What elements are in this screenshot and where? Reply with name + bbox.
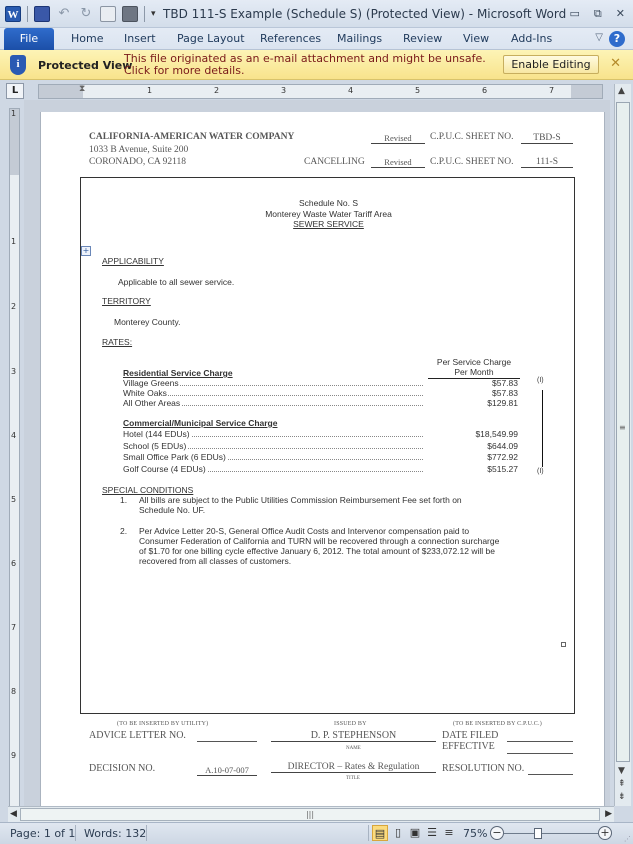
scroll-left-icon[interactable]: ◀ [10, 809, 17, 819]
rate-row: Golf Course (4 EDUs)$515.27 [123, 464, 518, 474]
rate-label: School (5 EDUs) [123, 441, 187, 451]
date-filed-label: DATE FILED [442, 730, 498, 741]
commercial-heading: Commercial/Municipal Service Charge [123, 418, 277, 428]
print-preview-icon[interactable] [122, 6, 138, 22]
rate-column-header-1: Per Service Charge [428, 357, 520, 367]
protected-view-bar: i Protected View This file originated as… [0, 50, 633, 80]
zoom-in-icon[interactable]: + [598, 826, 612, 840]
status-bar: Page: 1 of 1 Words: 132 ▤ ▯ ▣ ☰ ≡ 75% − … [0, 822, 633, 844]
resolution-no-label: RESOLUTION NO. [442, 763, 524, 774]
vertical-ruler[interactable]: 1 1 2 3 4 5 6 7 8 9 [9, 108, 20, 808]
revised-label-2: Revised [371, 157, 425, 168]
resize-grip-icon[interactable]: ⋰ [624, 835, 631, 843]
issued-by-label: ISSUED BY [334, 721, 367, 727]
territory-heading: TERRITORY [102, 296, 151, 306]
rate-value: $18,549.99 [475, 429, 518, 439]
rate-value: $515.27 [487, 464, 518, 474]
protected-view-label: Protected View [38, 59, 132, 72]
effective-label: EFFECTIVE [442, 741, 495, 752]
word-count[interactable]: Words: 132 [84, 827, 146, 840]
tab-home[interactable]: Home [71, 32, 103, 45]
issuer-name: D. P. STEPHENSON [271, 730, 436, 742]
title-bar: W ↶ ↻ ▾ TBD 111-S Example (Schedule S) (… [0, 0, 633, 28]
scroll-right-icon[interactable]: ▶ [605, 809, 612, 819]
tab-page-layout[interactable]: Page Layout [177, 32, 245, 45]
outline-icon[interactable]: ☰ [424, 825, 440, 841]
protected-view-message[interactable]: This file originated as an e-mail attach… [124, 53, 494, 77]
qat-dropdown-icon[interactable]: ▾ [151, 6, 159, 22]
zoom-slider[interactable] [504, 833, 598, 834]
tab-references[interactable]: References [260, 32, 321, 45]
window-title: TBD 111-S Example (Schedule S) (Protecte… [163, 7, 566, 21]
tab-selector[interactable]: L [6, 83, 24, 99]
undo-icon[interactable]: ↶ [56, 6, 72, 22]
rate-label: White Oaks [123, 388, 168, 398]
sheet-label-1: C.P.U.C. SHEET NO. [430, 132, 514, 142]
web-layout-icon[interactable]: ▣ [407, 825, 423, 841]
applicability-heading: APPLICABILITY [102, 256, 164, 266]
quick-access-toolbar: W ↶ ↻ ▾ [5, 6, 159, 22]
rate-value: $57.83 [492, 388, 518, 398]
company-address-1: 1033 B Avenue, Suite 200 [89, 145, 188, 155]
rate-label: Village Greens [123, 378, 180, 388]
title-caption: TITLE [346, 776, 360, 781]
resolution-no-field [528, 774, 573, 775]
territory-text: Monterey County. [114, 317, 180, 327]
rate-label: All Other Areas [123, 398, 181, 408]
rate-row: School (5 EDUs)$644.09 [123, 441, 518, 451]
date-filed-field [507, 741, 573, 742]
rate-row: Hotel (144 EDUs)$18,549.99 [123, 429, 518, 439]
horizontal-ruler[interactable]: 1 2 3 4 5 6 7 ⧗ [38, 84, 603, 99]
cpuc-note: (TO BE INSERTED BY C.P.U.C.) [453, 721, 542, 727]
rates-heading: RATES: [102, 337, 132, 347]
decision-no-value: A.10-07-007 [197, 765, 257, 776]
end-of-cell-marker [561, 642, 566, 647]
effective-field [507, 753, 573, 754]
zoom-level[interactable]: 75% [463, 827, 487, 840]
previous-page-icon[interactable]: ⇞ [618, 779, 626, 789]
rate-row: Small Office Park (6 EDUs)$772.92 [123, 452, 518, 462]
vertical-scroll-thumb[interactable]: ≡ [616, 102, 630, 762]
print-layout-icon[interactable]: ▤ [372, 825, 388, 841]
table-move-handle-icon[interactable]: + [81, 246, 91, 256]
special-conditions-heading: SPECIAL CONDITIONS [102, 485, 193, 495]
tab-add-ins[interactable]: Add-Ins [511, 32, 552, 45]
zoom-out-icon[interactable]: − [490, 826, 504, 840]
rate-value: $129.81 [487, 398, 518, 408]
dot-leader [123, 395, 423, 396]
tab-view[interactable]: View [463, 32, 489, 45]
change-bar [542, 390, 543, 467]
ribbon-tabs: File Home Insert Page Layout References … [0, 28, 633, 50]
utility-note: (TO BE INSERTED BY UTILITY) [117, 721, 208, 727]
advice-letter-label: ADVICE LETTER NO. [89, 730, 186, 741]
rate-value: $772.92 [487, 452, 518, 462]
close-icon[interactable]: ✕ [610, 56, 621, 71]
issuer-title: DIRECTOR – Rates & Regulation [271, 762, 436, 773]
save-icon[interactable] [34, 6, 50, 22]
qat-separator [27, 6, 28, 22]
next-page-icon[interactable]: ⇟ [618, 792, 626, 802]
rate-label: Small Office Park (6 EDUs) [123, 452, 227, 462]
horizontal-scrollbar[interactable]: ◀ ||| ▶ [8, 806, 614, 822]
rate-label: Hotel (144 EDUs) [123, 429, 191, 439]
company-name: CALIFORNIA-AMERICAN WATER COMPANY [89, 132, 294, 142]
rate-label: Golf Course (4 EDUs) [123, 464, 207, 474]
decision-no-label: DECISION NO. [89, 763, 155, 774]
schedule-number: Schedule No. S [80, 198, 577, 208]
rate-value: $644.09 [487, 441, 518, 451]
sheet-label-2: C.P.U.C. SHEET NO. [430, 157, 514, 167]
redo-icon[interactable]: ↻ [78, 6, 94, 22]
applicability-text: Applicable to all sewer service. [118, 277, 234, 287]
vertical-scrollbar[interactable]: ▲ ≡ ▼ ⇞ ⇟ [614, 84, 631, 806]
name-caption: NAME [346, 746, 361, 751]
attach-icon[interactable] [100, 6, 116, 22]
tariff-area: Monterey Waste Water Tariff Area [80, 209, 577, 219]
increase-marker-top: (I) [537, 377, 544, 384]
tab-mailings[interactable]: Mailings [337, 32, 382, 45]
full-screen-reading-icon[interactable]: ▯ [390, 825, 406, 841]
condition-2-text: Per Advice Letter 20-S, General Office A… [139, 526, 503, 566]
minimize-ribbon-icon[interactable]: ▽ [595, 32, 603, 43]
tab-insert[interactable]: Insert [124, 32, 156, 45]
advice-letter-field [197, 741, 257, 742]
residential-heading: Residential Service Charge [123, 368, 233, 378]
condition-1-number: 1. [120, 495, 127, 505]
rate-row: All Other Areas$129.81 [123, 398, 518, 408]
revised-label-1: Revised [371, 133, 425, 144]
scroll-up-icon[interactable]: ▲ [618, 86, 625, 96]
restore-button[interactable]: ⧉ [594, 7, 602, 21]
rate-value: $57.83 [492, 378, 518, 388]
sheet-no-2: 111-S [521, 157, 573, 168]
condition-1-text: All bills are subject to the Public Util… [139, 495, 499, 515]
page-count[interactable]: Page: 1 of 1 [10, 827, 75, 840]
zoom-slider-thumb[interactable] [534, 828, 542, 839]
qat-separator [144, 6, 145, 22]
sheet-no-1: TBD-S [521, 133, 573, 144]
tab-review[interactable]: Review [403, 32, 442, 45]
indent-marker-icon[interactable]: ⧗ [79, 84, 85, 94]
scroll-down-icon[interactable]: ▼ [618, 766, 625, 776]
condition-2-number: 2. [120, 526, 127, 536]
word-icon[interactable]: W [5, 6, 21, 22]
company-address-2: CORONADO, CA 92118 [89, 157, 186, 167]
enable-editing-button[interactable]: Enable Editing [503, 55, 599, 74]
rate-row: Village Greens$57.83 [123, 378, 518, 388]
horizontal-scroll-thumb[interactable]: ||| [20, 808, 600, 821]
increase-marker-bottom: (I) [537, 468, 544, 475]
close-button[interactable]: ✕ [616, 7, 625, 21]
shield-info-icon: i [10, 55, 26, 75]
cancelling-label: CANCELLING [304, 157, 365, 167]
draft-icon[interactable]: ≡ [441, 825, 457, 841]
rate-row: White Oaks$57.83 [123, 388, 518, 398]
tab-file[interactable]: File [4, 28, 54, 50]
service-title: SEWER SERVICE [80, 219, 577, 229]
minimize-button[interactable]: ▭ [570, 7, 580, 21]
help-icon[interactable]: ? [609, 31, 625, 47]
